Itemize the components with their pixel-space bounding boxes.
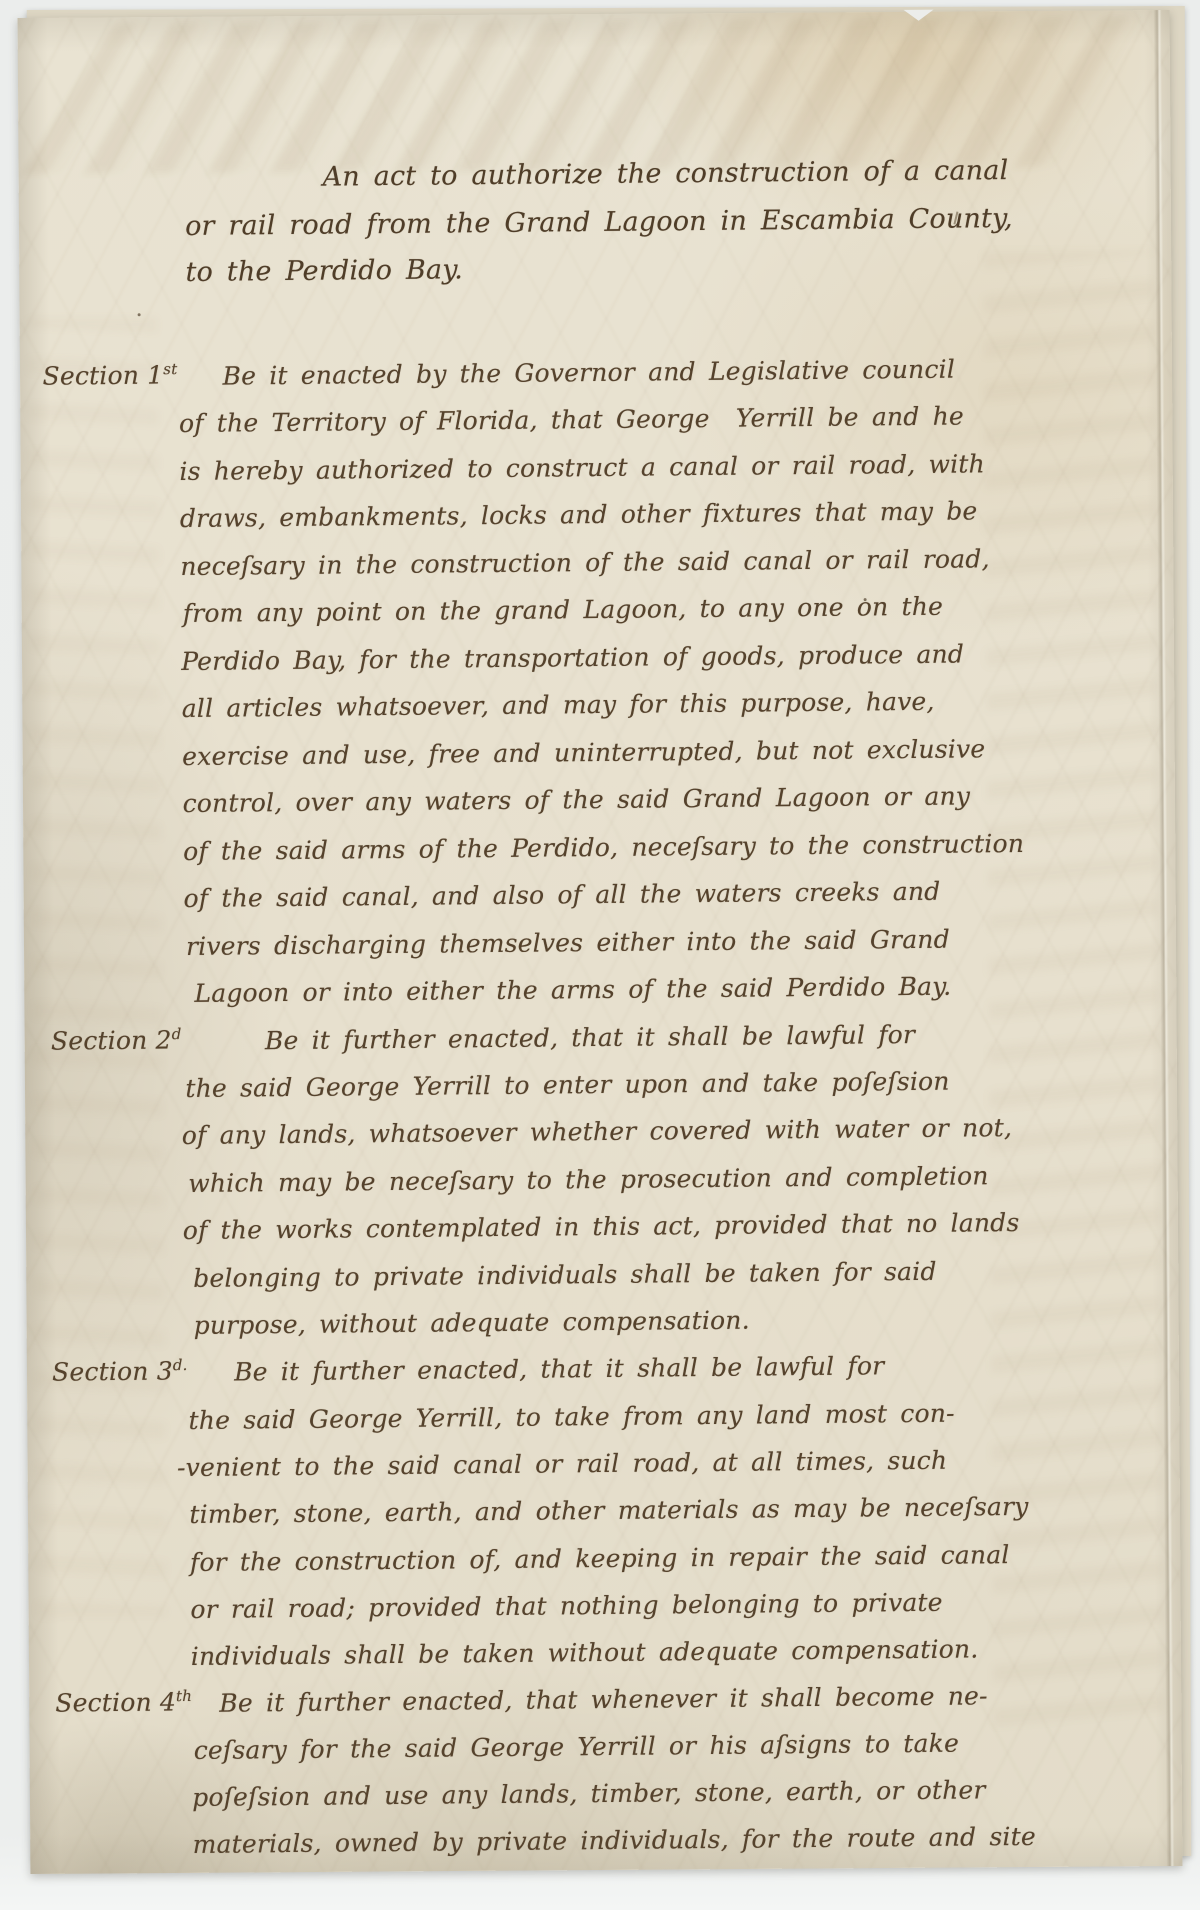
manuscript-line: the said George Yerrill, to take from an… — [188, 1397, 954, 1438]
manuscript-line: Be it enacted by the Governor and Legisl… — [222, 353, 955, 394]
section-label-text: Section 2 — [51, 1025, 172, 1055]
section-label-text: Section 4 — [55, 1687, 176, 1717]
manuscript-line: Be it further enacted, that whenever it … — [219, 1679, 988, 1720]
manuscript-line: the said George Yerrill to enter upon an… — [185, 1065, 950, 1106]
section-label-ordinal: st — [163, 360, 177, 378]
manuscript-line: is hereby authorized to construct a cana… — [179, 447, 985, 489]
manuscript-line: poſeſsion and use any lands, timber, sto… — [192, 1773, 986, 1815]
manuscript-line: materials, owned by private individuals,… — [192, 1820, 1036, 1862]
manuscript-line: belonging to private individuals shall b… — [193, 1255, 937, 1296]
section-label: Section 3d. — [52, 1356, 188, 1387]
manuscript-line: Perdido Bay, for the transportation of g… — [181, 637, 964, 679]
manuscript-line: exercise and use, free and uninterrupted… — [182, 732, 985, 774]
section-label: Section 1st — [42, 360, 177, 391]
manuscript-line: from any point on the grand Lagoon, to a… — [183, 590, 944, 631]
manuscript-line: for the construction of, and keeping in … — [190, 1538, 1010, 1580]
manuscript-line: of the Territory of Florida, that George… — [179, 399, 964, 441]
manuscript-line: Lagoon or into either the arms of the sa… — [194, 970, 951, 1011]
manuscript-page: An act to authorize the construction of … — [18, 10, 1183, 1874]
manuscript-line: Be it further enacted, that it shall be … — [234, 1349, 884, 1389]
handwritten-text: An act to authorize the construction of … — [15, 9, 1185, 1876]
section-label-text: Section 1 — [42, 360, 163, 390]
manuscript-line: individuals shall be taken without adequ… — [191, 1632, 979, 1674]
section-label-ordinal: th — [176, 1687, 192, 1705]
section-label-ordinal: d — [172, 1025, 182, 1043]
section-label: Section 4th — [55, 1687, 192, 1718]
manuscript-line: ceſsary for the said George Yerrill or h… — [194, 1727, 960, 1768]
manuscript-line: all articles whatsoever, and may for thi… — [182, 685, 935, 726]
title-line: or rail road from the Grand Lagoon in Es… — [185, 202, 1013, 244]
manuscript-line: rivers discharging themselves either int… — [186, 923, 950, 964]
manuscript-line: or rail road; provided that nothing belo… — [190, 1586, 943, 1627]
scan-background: { "scan": { "background_color": "#eceeed… — [0, 0, 1200, 1910]
manuscript-line: of any lands, whatsoever whether covered… — [182, 1111, 1013, 1153]
manuscript-line: of the said canal, and also of all the w… — [183, 875, 940, 916]
manuscript-line: timber, stone, earth, and other material… — [189, 1490, 1028, 1532]
manuscript-line: Be it further enacted, that it shall be … — [265, 1018, 915, 1058]
manuscript-line: of the works contemplated in this act, p… — [183, 1206, 1020, 1248]
manuscript-line: control, over any waters of the said Gra… — [182, 779, 970, 821]
section-label-text: Section 3 — [52, 1356, 173, 1386]
manuscript-line: of the said arms of the Perdido, neceſsa… — [183, 827, 1024, 869]
section-label: Section 2d — [51, 1025, 182, 1056]
manuscript-line: which may be neceſsary to the prosecutio… — [188, 1159, 989, 1201]
manuscript-line: purpose, without adequate compensation. — [194, 1304, 750, 1343]
title-line: An act to authorize the construction of … — [322, 154, 1008, 195]
manuscript-line: -venient to the said canal or rail road,… — [177, 1444, 948, 1485]
section-label-ordinal: d. — [173, 1356, 188, 1374]
title-line: to the Perdido Bay. — [185, 253, 463, 290]
manuscript-line: draws, embankments, locks and other fixt… — [180, 494, 978, 536]
manuscript-line: neceſsary in the construction of the sai… — [180, 542, 990, 584]
